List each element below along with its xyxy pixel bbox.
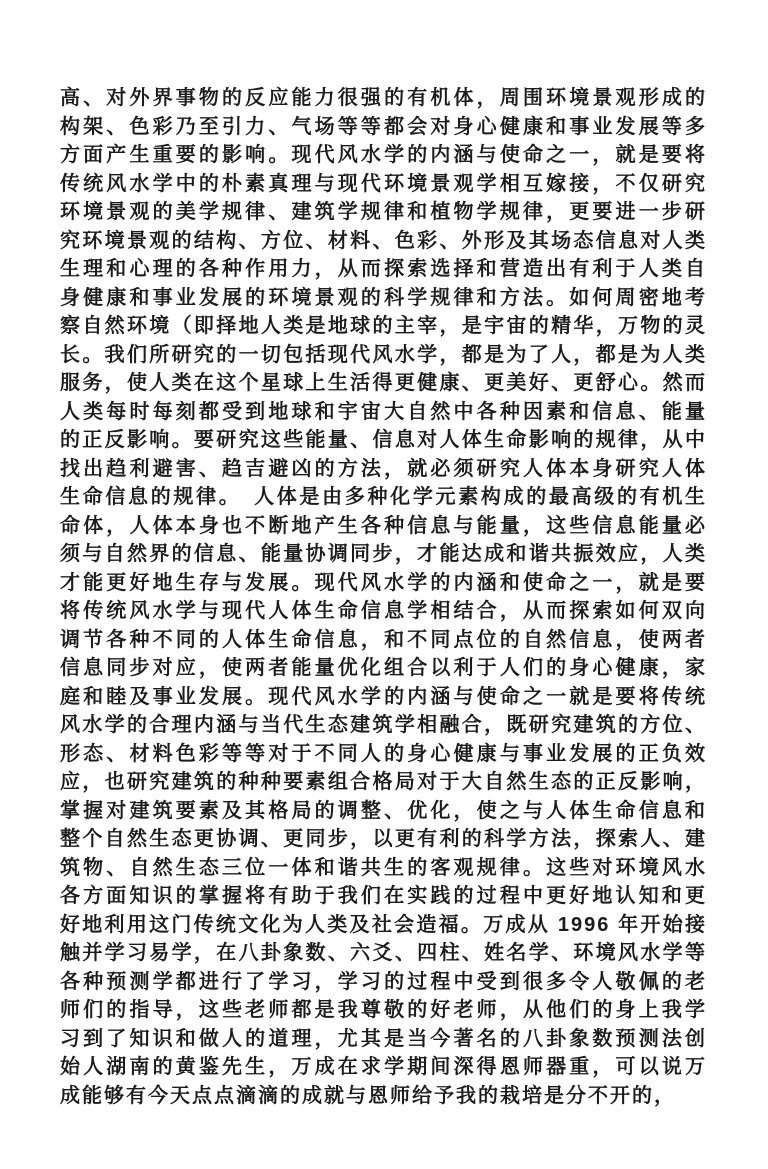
document-page: 高、对外界事物的反应能力很强的有机体，周围环境景观形成的构架、色彩乃至引力、气场… [0,0,768,1169]
text-line: 信息同步对应，使两者能量优化组合以利于人们的身心健康，家 [60,654,707,683]
text-line: 的正反影响。要研究这些能量、信息对人体生命影响的规律，从中 [60,426,707,455]
text-line: 掌握对建筑要素及其格局的调整、优化，使之与人体生命信息和 [60,797,707,826]
text-line: 传统风水学中的朴素真理与现代环境景观学相互嫁接，不仅研究 [60,170,707,199]
text-line: 察自然环境（即择地人类是地球的主宰，是宇宙的精华，万物的灵 [60,312,707,341]
text-line: 命体，人体本身也不断地产生各种信息与能量，这些信息能量必 [60,512,707,541]
text-line: 生命信息的规律。 人体是由多种化学元素构成的最高级的有机生 [60,483,707,512]
text-line: 环境景观的美学规律、建筑学规律和植物学规律，更要进一步研 [60,198,707,227]
text-line: 调节各种不同的人体生命信息，和不同点位的自然信息，使两者 [60,626,707,655]
text-line: 各方面知识的掌握将有助于我们在实践的过程中更好地认知和更 [60,882,707,911]
text-line: 方面产生重要的影响。现代风水学的内涵与使命之一，就是要将 [60,141,707,170]
text-line: 始人湖南的黄鉴先生，万成在求学期间深得恩师器重，可以说万 [60,1053,707,1082]
text-line: 好地利用这门传统文化为人类及社会造福。万成从 1996 年开始接 [60,911,707,940]
text-line: 将传统风水学与现代人体生命信息学相结合，从而探索如何双向 [60,597,707,626]
text-line: 筑物、自然生态三位一体和谐共生的客观规律。这些对环境风水 [60,854,707,883]
text-line: 形态、材料色彩等等对于不同人的身心健康与事业发展的正负效 [60,740,707,769]
text-line: 长。我们所研究的一切包括现代风水学，都是为了人，都是为人类 [60,341,707,370]
text-line: 才能更好地生存与发展。现代风水学的内涵和使命之一，就是要 [60,569,707,598]
text-line: 风水学的合理内涵与当代生态建筑学相融合，既研究建筑的方位、 [60,711,707,740]
text-line: 找出趋利避害、趋吉避凶的方法，就必须研究人体本身研究人体 [60,455,707,484]
text-line: 成能够有今天点点滴滴的成就与恩师给予我的栽培是分不开的， [60,1082,707,1111]
page-text: 高、对外界事物的反应能力很强的有机体，周围环境景观形成的构架、色彩乃至引力、气场… [60,84,707,1110]
text-line: 庭和睦及事业发展。现代风水学的内涵与使命之一就是要将传统 [60,683,707,712]
text-line: 究环境景观的结构、方位、材料、色彩、外形及其场态信息对人类 [60,227,707,256]
text-line: 身健康和事业发展的环境景观的科学规律和方法。如何周密地考 [60,284,707,313]
text-line: 整个自然生态更协调、更同步，以更有利的科学方法，探索人、建 [60,825,707,854]
text-line: 人类每时每刻都受到地球和宇宙大自然中各种因素和信息、能量 [60,398,707,427]
text-line: 各种预测学都进行了学习，学习的过程中受到很多令人敬佩的老 [60,968,707,997]
text-line: 须与自然界的信息、能量协调同步，才能达成和谐共振效应，人类 [60,540,707,569]
text-line: 习到了知识和做人的道理，尤其是当今著名的八卦象数预测法创 [60,1025,707,1054]
text-line: 生理和心理的各种作用力，从而探索选择和营造出有利于人类自 [60,255,707,284]
text-line: 构架、色彩乃至引力、气场等等都会对身心健康和事业发展等多 [60,113,707,142]
text-line: 高、对外界事物的反应能力很强的有机体，周围环境景观形成的 [60,84,707,113]
text-line: 应，也研究建筑的种种要素组合格局对于大自然生态的正反影响， [60,768,707,797]
text-line: 师们的指导，这些老师都是我尊敬的好老师，从他们的身上我学 [60,996,707,1025]
text-line: 服务，使人类在这个星球上生活得更健康、更美好、更舒心。然而 [60,369,707,398]
text-line: 触并学习易学，在八卦象数、六爻、四柱、姓名学、环境风水学等 [60,939,707,968]
